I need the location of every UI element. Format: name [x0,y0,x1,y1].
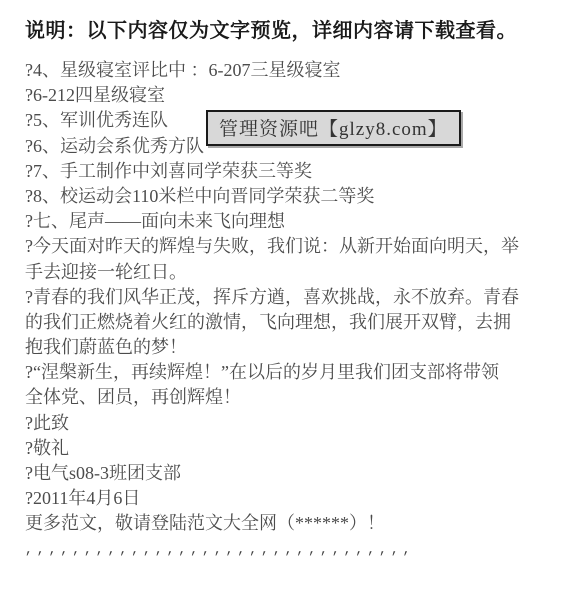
preview-line: ?2011年4月6日 [25,486,570,511]
preview-line: ?8、校运动会110米栏中向晋同学荣获二等奖 [25,184,570,209]
preview-line: ?6-212四星级寝室 [25,83,570,108]
preview-line: ?电气s08-3班团支部 [25,461,570,486]
document-preview-page: 说明：以下内容仅为文字预览，详细内容请下载查看。 管理资源吧【glzy8.com… [0,0,578,600]
preview-line: ?此致 [25,411,570,436]
preview-line: ?“涅槃新生，再续辉煌！”在以后的岁月里我们团支部将带领 [25,360,570,385]
preview-line: 手去迎接一轮红日。 [25,260,570,285]
site-watermark-badge: 管理资源吧【glzy8.com】 [206,110,461,146]
preview-line: 抱我们蔚蓝色的梦！ [25,335,570,360]
preview-line: ?今天面对昨天的辉煌与失败，我们说：从新开始面向明天，举 [25,234,570,259]
preview-line: ?敬礼 [25,436,570,461]
preview-notice: 说明：以下内容仅为文字预览，详细内容请下载查看。 [25,14,517,43]
preview-line: ?7、手工制作中刘喜同学荣获三等奖 [25,159,570,184]
ellipsis-line: ,,,,,,,,,,,,,,,,,,,,,,,,,,,,,,,,, [25,537,570,562]
preview-line: 全体党、团员，再创辉煌！ [25,385,570,410]
preview-line: ?七、尾声——面向未来飞向理想 [25,209,570,234]
preview-line: ?4、星级寝室评比中 ：6-207三星级寝室 [25,58,570,83]
preview-line: 的我们正燃烧着火红的激情，飞向理想，我们展开双臂，去拥 [25,310,570,335]
preview-line: ?青春的我们风华正茂，挥斥方遒，喜欢挑战，永不放弃。青春 [25,285,570,310]
preview-line: 更多范文，敬请登陆范文大全网（******）！ [25,511,570,536]
